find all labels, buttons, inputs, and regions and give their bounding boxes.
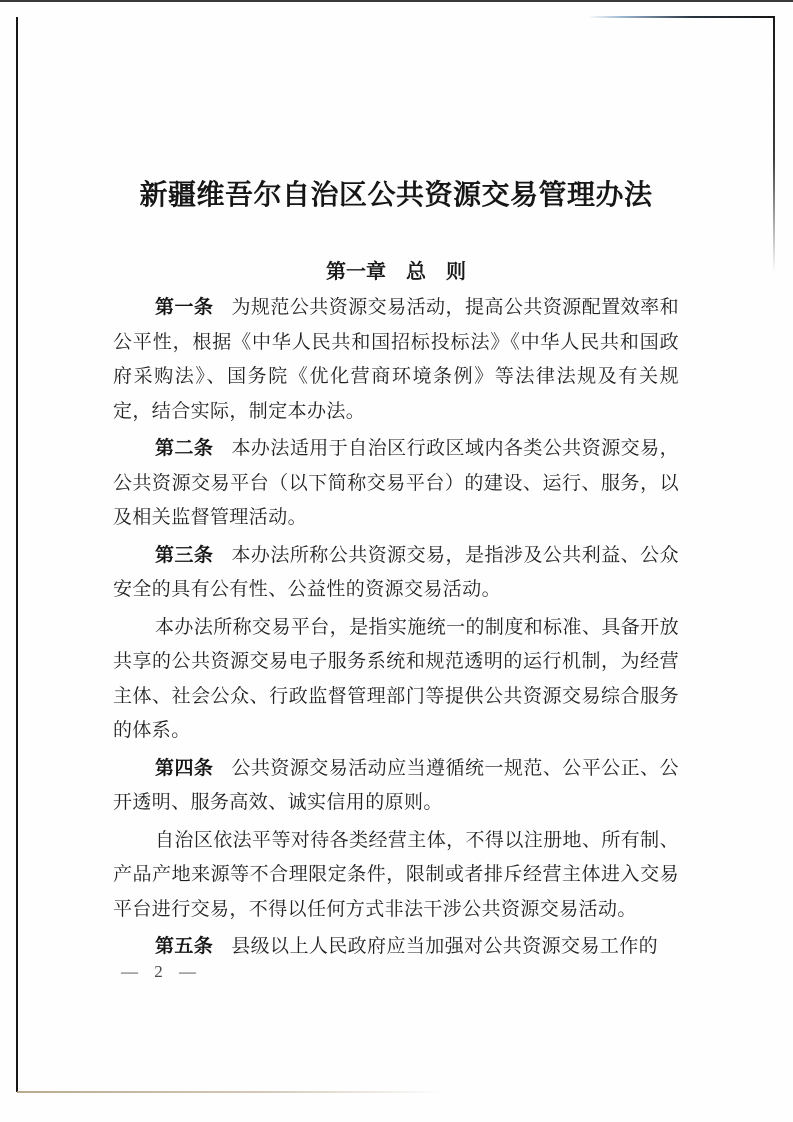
- document-body: 第一条为规范公共资源交易活动，提高公共资源配置效率和公平性，根据《中华人民共和国…: [113, 291, 679, 965]
- page-number: — 2 —: [121, 961, 202, 983]
- article-paragraph: 第四条公共资源交易活动应当遵循统一规范、公平公正、公开透明、服务高效、诚实信用的…: [113, 752, 679, 821]
- article-text: 县级以上人民政府应当加强对公共资源交易工作的: [231, 936, 658, 957]
- article-paragraph: 第三条本办法所称公共资源交易，是指涉及公共利益、公众安全的具有公有性、公益性的资…: [113, 539, 679, 608]
- article-number: 第五条: [155, 936, 213, 957]
- article-paragraph: 第二条本办法适用于自治区行政区域内各类公共资源交易，公共资源交易平台（以下简称交…: [113, 432, 679, 536]
- article-text: 自治区依法平等对待各类经营主体，不得以注册地、所有制、产品产地来源等不合理限定条…: [113, 830, 679, 920]
- scan-edge-top-right-line: [588, 16, 775, 18]
- scan-edge-top-line: [0, 0, 793, 2]
- scan-edge-right-line: [773, 17, 775, 272]
- scanned-document-page: 新疆维吾尔自治区公共资源交易管理办法 第一章 总 则 第一条为规范公共资源交易活…: [0, 0, 793, 1122]
- article-number: 第二条: [155, 438, 213, 459]
- article-paragraph: 第一条为规范公共资源交易活动，提高公共资源配置效率和公平性，根据《中华人民共和国…: [113, 291, 679, 429]
- article-paragraph: 第五条县级以上人民政府应当加强对公共资源交易工作的: [113, 930, 679, 965]
- document-content: 新疆维吾尔自治区公共资源交易管理办法 第一章 总 则 第一条为规范公共资源交易活…: [113, 178, 679, 968]
- document-title: 新疆维吾尔自治区公共资源交易管理办法: [113, 178, 679, 212]
- article-continuation-paragraph: 本办法所称交易平台，是指实施统一的制度和标准、具备开放共享的公共资源交易电子服务…: [113, 611, 679, 749]
- scan-edge-left-line: [16, 17, 18, 1092]
- article-number: 第四条: [155, 758, 213, 779]
- article-number: 第一条: [155, 297, 213, 318]
- article-continuation-paragraph: 自治区依法平等对待各类经营主体，不得以注册地、所有制、产品产地来源等不合理限定条…: [113, 824, 679, 928]
- chapter-heading: 第一章 总 则: [113, 258, 679, 286]
- article-text: 本办法所称交易平台，是指实施统一的制度和标准、具备开放共享的公共资源交易电子服务…: [113, 617, 679, 742]
- scan-edge-bottom-line: [17, 1091, 442, 1093]
- article-number: 第三条: [155, 545, 213, 566]
